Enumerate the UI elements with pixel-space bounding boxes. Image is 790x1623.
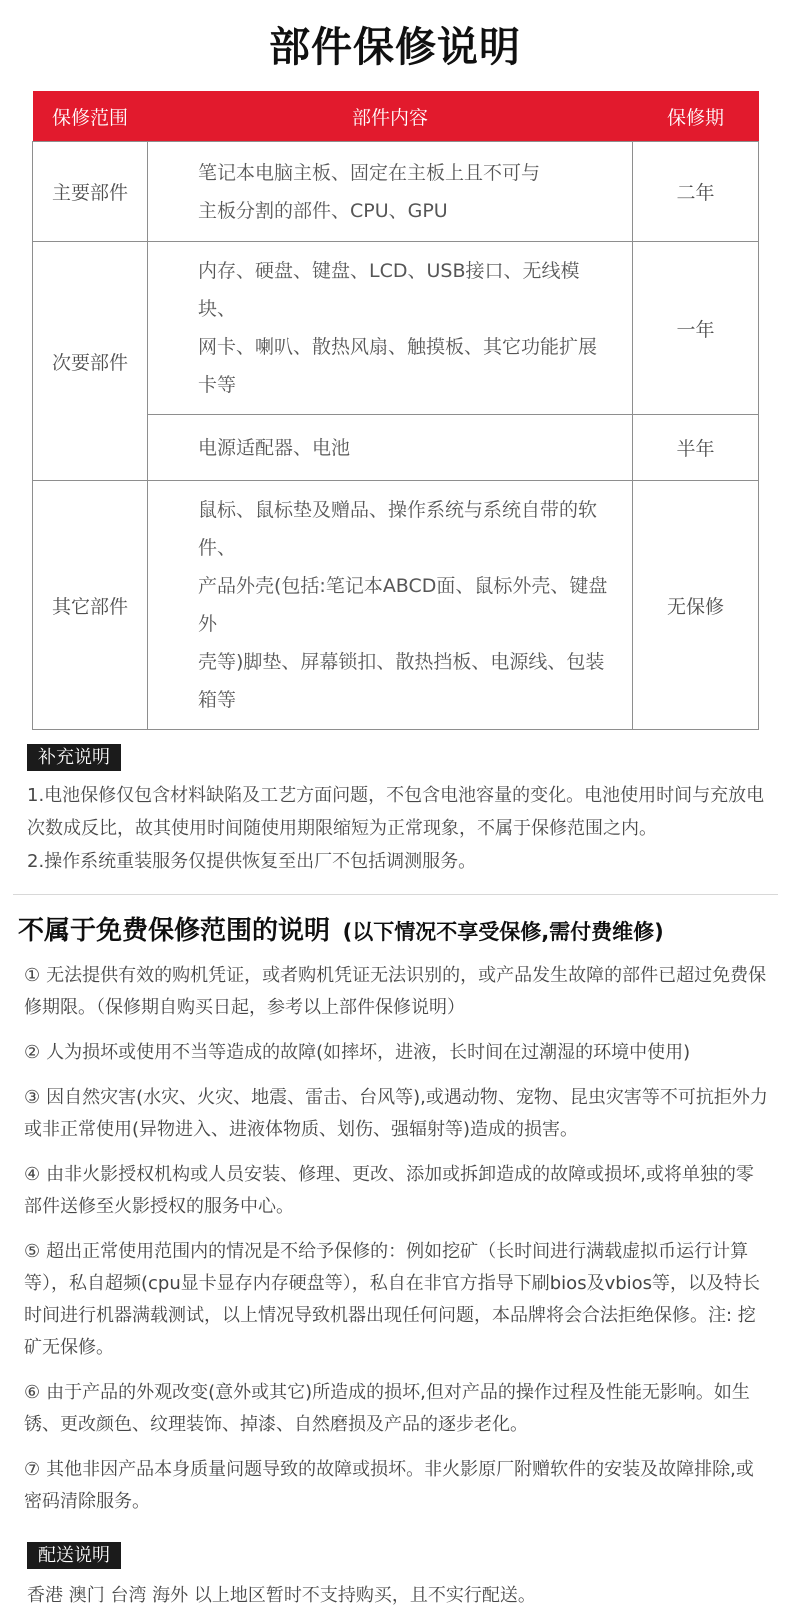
supplement-badge: 补充说明 <box>27 744 121 771</box>
item-text: 无法提供有效的购机凭证，或者购机凭证无法识别的，或产品发生故障的部件已超过免费保… <box>24 965 766 1018</box>
item-number: ⑤ <box>24 1241 40 1262</box>
exclusion-item: ⑥由于产品的外观改变(意外或其它)所造成的损坏,但对产品的操作过程及性能无影响。… <box>24 1377 768 1441</box>
page-title: 部件保修说明 <box>0 14 790 73</box>
supplement-note: 1.电池保修仅包含材料缺陷及工艺方面问题，不包含电池容量的变化。电池使用时间与充… <box>27 779 765 845</box>
supplement-notes: 1.电池保修仅包含材料缺陷及工艺方面问题，不包含电池容量的变化。电池使用时间与充… <box>27 779 765 878</box>
content-cell: 笔记本电脑主板、固定在主板上且不可与 主板分割的部件、CPU、GPU <box>148 142 633 242</box>
supplement-note: 2.操作系统重装服务仅提供恢复至出厂不包括调测服务。 <box>27 845 765 878</box>
item-number: ② <box>24 1042 40 1063</box>
item-number: ⑥ <box>24 1382 40 1403</box>
table-row-secondary-parts: 次要部件 内存、硬盘、键盘、LCD、USB接口、无线模块、 网卡、喇叭、散热风扇… <box>33 242 759 415</box>
item-text: 超出正常使用范围内的情况是不给予保修的：例如挖矿（长时间进行满载虚拟币运行计算等… <box>24 1241 760 1358</box>
delivery-badge: 配送说明 <box>27 1542 121 1569</box>
item-number: ① <box>24 965 40 986</box>
item-number: ⑦ <box>24 1459 40 1480</box>
delivery-note: 香港 澳门 台湾 海外 以上地区暂时不支持购买，且不实行配送。 <box>27 1581 765 1611</box>
exclusion-item: ④由非火影授权机构或人员安装、修理、更改、添加或拆卸造成的故障或损坏,或将单独的… <box>24 1159 768 1223</box>
period-cell: 半年 <box>633 415 759 481</box>
scope-cell: 主要部件 <box>33 142 148 242</box>
exclusion-item: ⑤超出正常使用范围内的情况是不给予保修的：例如挖矿（长时间进行满载虚拟币运行计算… <box>24 1236 768 1364</box>
warranty-table: 保修范围 部件内容 保修期 主要部件 笔记本电脑主板、固定在主板上且不可与 主板… <box>32 91 759 730</box>
scope-cell: 次要部件 <box>33 242 148 481</box>
exclusions-subtitle: (以下情况不享受保修,需付费维修) <box>343 920 664 944</box>
period-cell: 二年 <box>633 142 759 242</box>
item-text: 由于产品的外观改变(意外或其它)所造成的损坏,但对产品的操作过程及性能无影响。如… <box>24 1382 750 1435</box>
item-text: 其他非因产品本身质量问题导致的故障或损坏。非火影原厂附赠软件的安装及故障排除,或… <box>24 1459 754 1512</box>
content-cell: 内存、硬盘、键盘、LCD、USB接口、无线模块、 网卡、喇叭、散热风扇、触摸板、… <box>148 242 633 415</box>
section-divider <box>13 894 778 895</box>
item-number: ④ <box>24 1164 40 1185</box>
col-header-scope: 保修范围 <box>33 91 148 142</box>
exclusion-item: ③因自然灾害(水灾、火灾、地震、雷击、台风等),或遇动物、宠物、昆虫灾害等不可抗… <box>24 1082 768 1146</box>
exclusion-item: ⑦其他非因产品本身质量问题导致的故障或损坏。非火影原厂附赠软件的安装及故障排除,… <box>24 1454 768 1518</box>
content-cell: 鼠标、鼠标垫及赠品、操作系统与系统自带的软件、 产品外壳(包括:笔记本ABCD面… <box>148 481 633 730</box>
item-number: ③ <box>24 1087 40 1108</box>
exclusions-heading: 不属于免费保修范围的说明 (以下情况不享受保修,需付费维修) <box>18 910 770 947</box>
table-row-main-parts: 主要部件 笔记本电脑主板、固定在主板上且不可与 主板分割的部件、CPU、GPU … <box>33 142 759 242</box>
bottom-spacer <box>0 1611 790 1623</box>
period-cell: 无保修 <box>633 481 759 730</box>
col-header-content: 部件内容 <box>148 91 633 142</box>
exclusion-item: ①无法提供有效的购机凭证，或者购机凭证无法识别的，或产品发生故障的部件已超过免费… <box>24 960 768 1024</box>
content-cell: 电源适配器、电池 <box>148 415 633 481</box>
item-text: 由非火影授权机构或人员安装、修理、更改、添加或拆卸造成的故障或损坏,或将单独的零… <box>24 1164 754 1217</box>
exclusion-item: ②人为损坏或使用不当等造成的故障(如摔坏，进液，长时间在过潮湿的环境中使用) <box>24 1037 768 1069</box>
item-text: 因自然灾害(水灾、火灾、地震、雷击、台风等),或遇动物、宠物、昆虫灾害等不可抗拒… <box>24 1087 768 1140</box>
exclusions-title: 不属于免费保修范围的说明 <box>18 916 330 946</box>
col-header-period: 保修期 <box>633 91 759 142</box>
table-header-row: 保修范围 部件内容 保修期 <box>33 91 759 142</box>
period-cell: 一年 <box>633 242 759 415</box>
exclusions-list: ①无法提供有效的购机凭证，或者购机凭证无法识别的，或产品发生故障的部件已超过免费… <box>24 960 768 1518</box>
scope-cell: 其它部件 <box>33 481 148 730</box>
table-row-other-parts: 其它部件 鼠标、鼠标垫及赠品、操作系统与系统自带的软件、 产品外壳(包括:笔记本… <box>33 481 759 730</box>
item-text: 人为损坏或使用不当等造成的故障(如摔坏，进液，长时间在过潮湿的环境中使用) <box>46 1042 690 1063</box>
